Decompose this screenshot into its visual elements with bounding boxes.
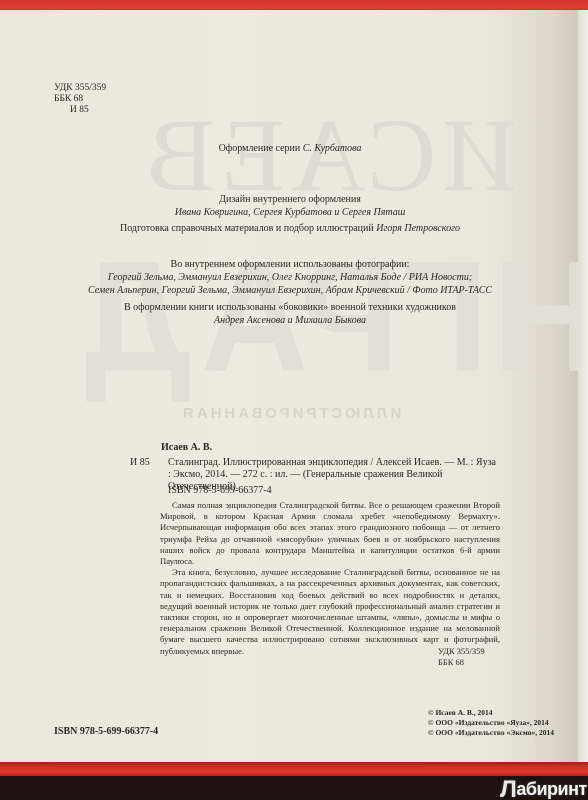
imprint-page: ИСАЕВ СТАЛИНГРАД ИЛЛЮСТРИРОВАННАЯ УДК 35…	[0, 10, 578, 762]
abstract-paragraph-2: Эта книга, безусловно, лучшее исследован…	[160, 567, 500, 657]
footer-bbk-code: ББК 68	[438, 657, 485, 668]
bibliographic-code: И 85	[130, 457, 150, 469]
classification-codes: УДК 355/359 ББК 68 И 85	[54, 83, 106, 116]
abstract-paragraph-1: Самая полная энциклопедия Сталинградской…	[160, 500, 500, 567]
bibliographic-author: Исаев А. В.	[161, 442, 212, 454]
footer-udk-code: УДК 355/359	[438, 646, 485, 657]
udk-code: УДК 355/359	[54, 83, 106, 94]
page-right-edge	[578, 10, 588, 762]
reference-label: Подготовка справочных материалов и подбо…	[120, 223, 374, 234]
series-design-name: С. Курбатова	[303, 143, 362, 154]
footer-classification-codes: УДК 355/359 ББК 68	[438, 646, 485, 667]
copyright-author: © Исаев А. В., 2014	[428, 708, 554, 718]
interior-design-names: Ивана Ковригина, Сергея Курбатова и Серг…	[80, 207, 500, 219]
bibliographic-isbn: ISBN 978-5-699-66377-4	[168, 485, 272, 497]
reference-name: Игоря Петровского	[376, 223, 460, 234]
copyright-eksmo: © ООО «Издательство «Эксмо», 2014	[428, 728, 554, 738]
photos-label: Во внутреннем оформлении использованы фо…	[80, 259, 500, 271]
series-design-label: Оформление серии	[219, 143, 301, 154]
ghost-cover-subtitle: ИЛЛЮСТРИРОВАННАЯ	[180, 405, 401, 422]
reference-credit: Подготовка справочных материалов и подбо…	[80, 223, 500, 235]
sideviews-label: В оформлении книги использованы «боковик…	[80, 302, 500, 314]
interior-design-label: Дизайн внутреннего оформления	[80, 194, 500, 206]
bbk-code: ББК 68	[54, 94, 106, 105]
photos-credit-line-2: Семен Альперин, Георгий Зельма, Эммануил…	[80, 285, 500, 297]
author-mark: И 85	[54, 105, 106, 116]
copyright-block: © Исаев А. В., 2014 © ООО «Издательство …	[428, 708, 554, 738]
copyright-yauza: © ООО «Издательство «Яуза», 2014	[428, 718, 554, 728]
book-abstract: Самая полная энциклопедия Сталинградской…	[160, 500, 500, 657]
series-design-credit: Оформление серии С. Курбатова	[80, 143, 500, 155]
labirint-logo-text: абиринт	[516, 779, 586, 799]
labirint-logo-letter: Л	[500, 776, 516, 800]
labirint-watermark-logo: Лабиринт	[500, 774, 587, 800]
photos-credit-line-1: Георгий Зельма, Эммануил Евзерихин, Олег…	[80, 272, 500, 284]
isbn-bottom: ISBN 978-5-699-66377-4	[54, 726, 158, 738]
sideviews-names: Андрея Аксенова и Михаила Быкова	[80, 315, 500, 327]
